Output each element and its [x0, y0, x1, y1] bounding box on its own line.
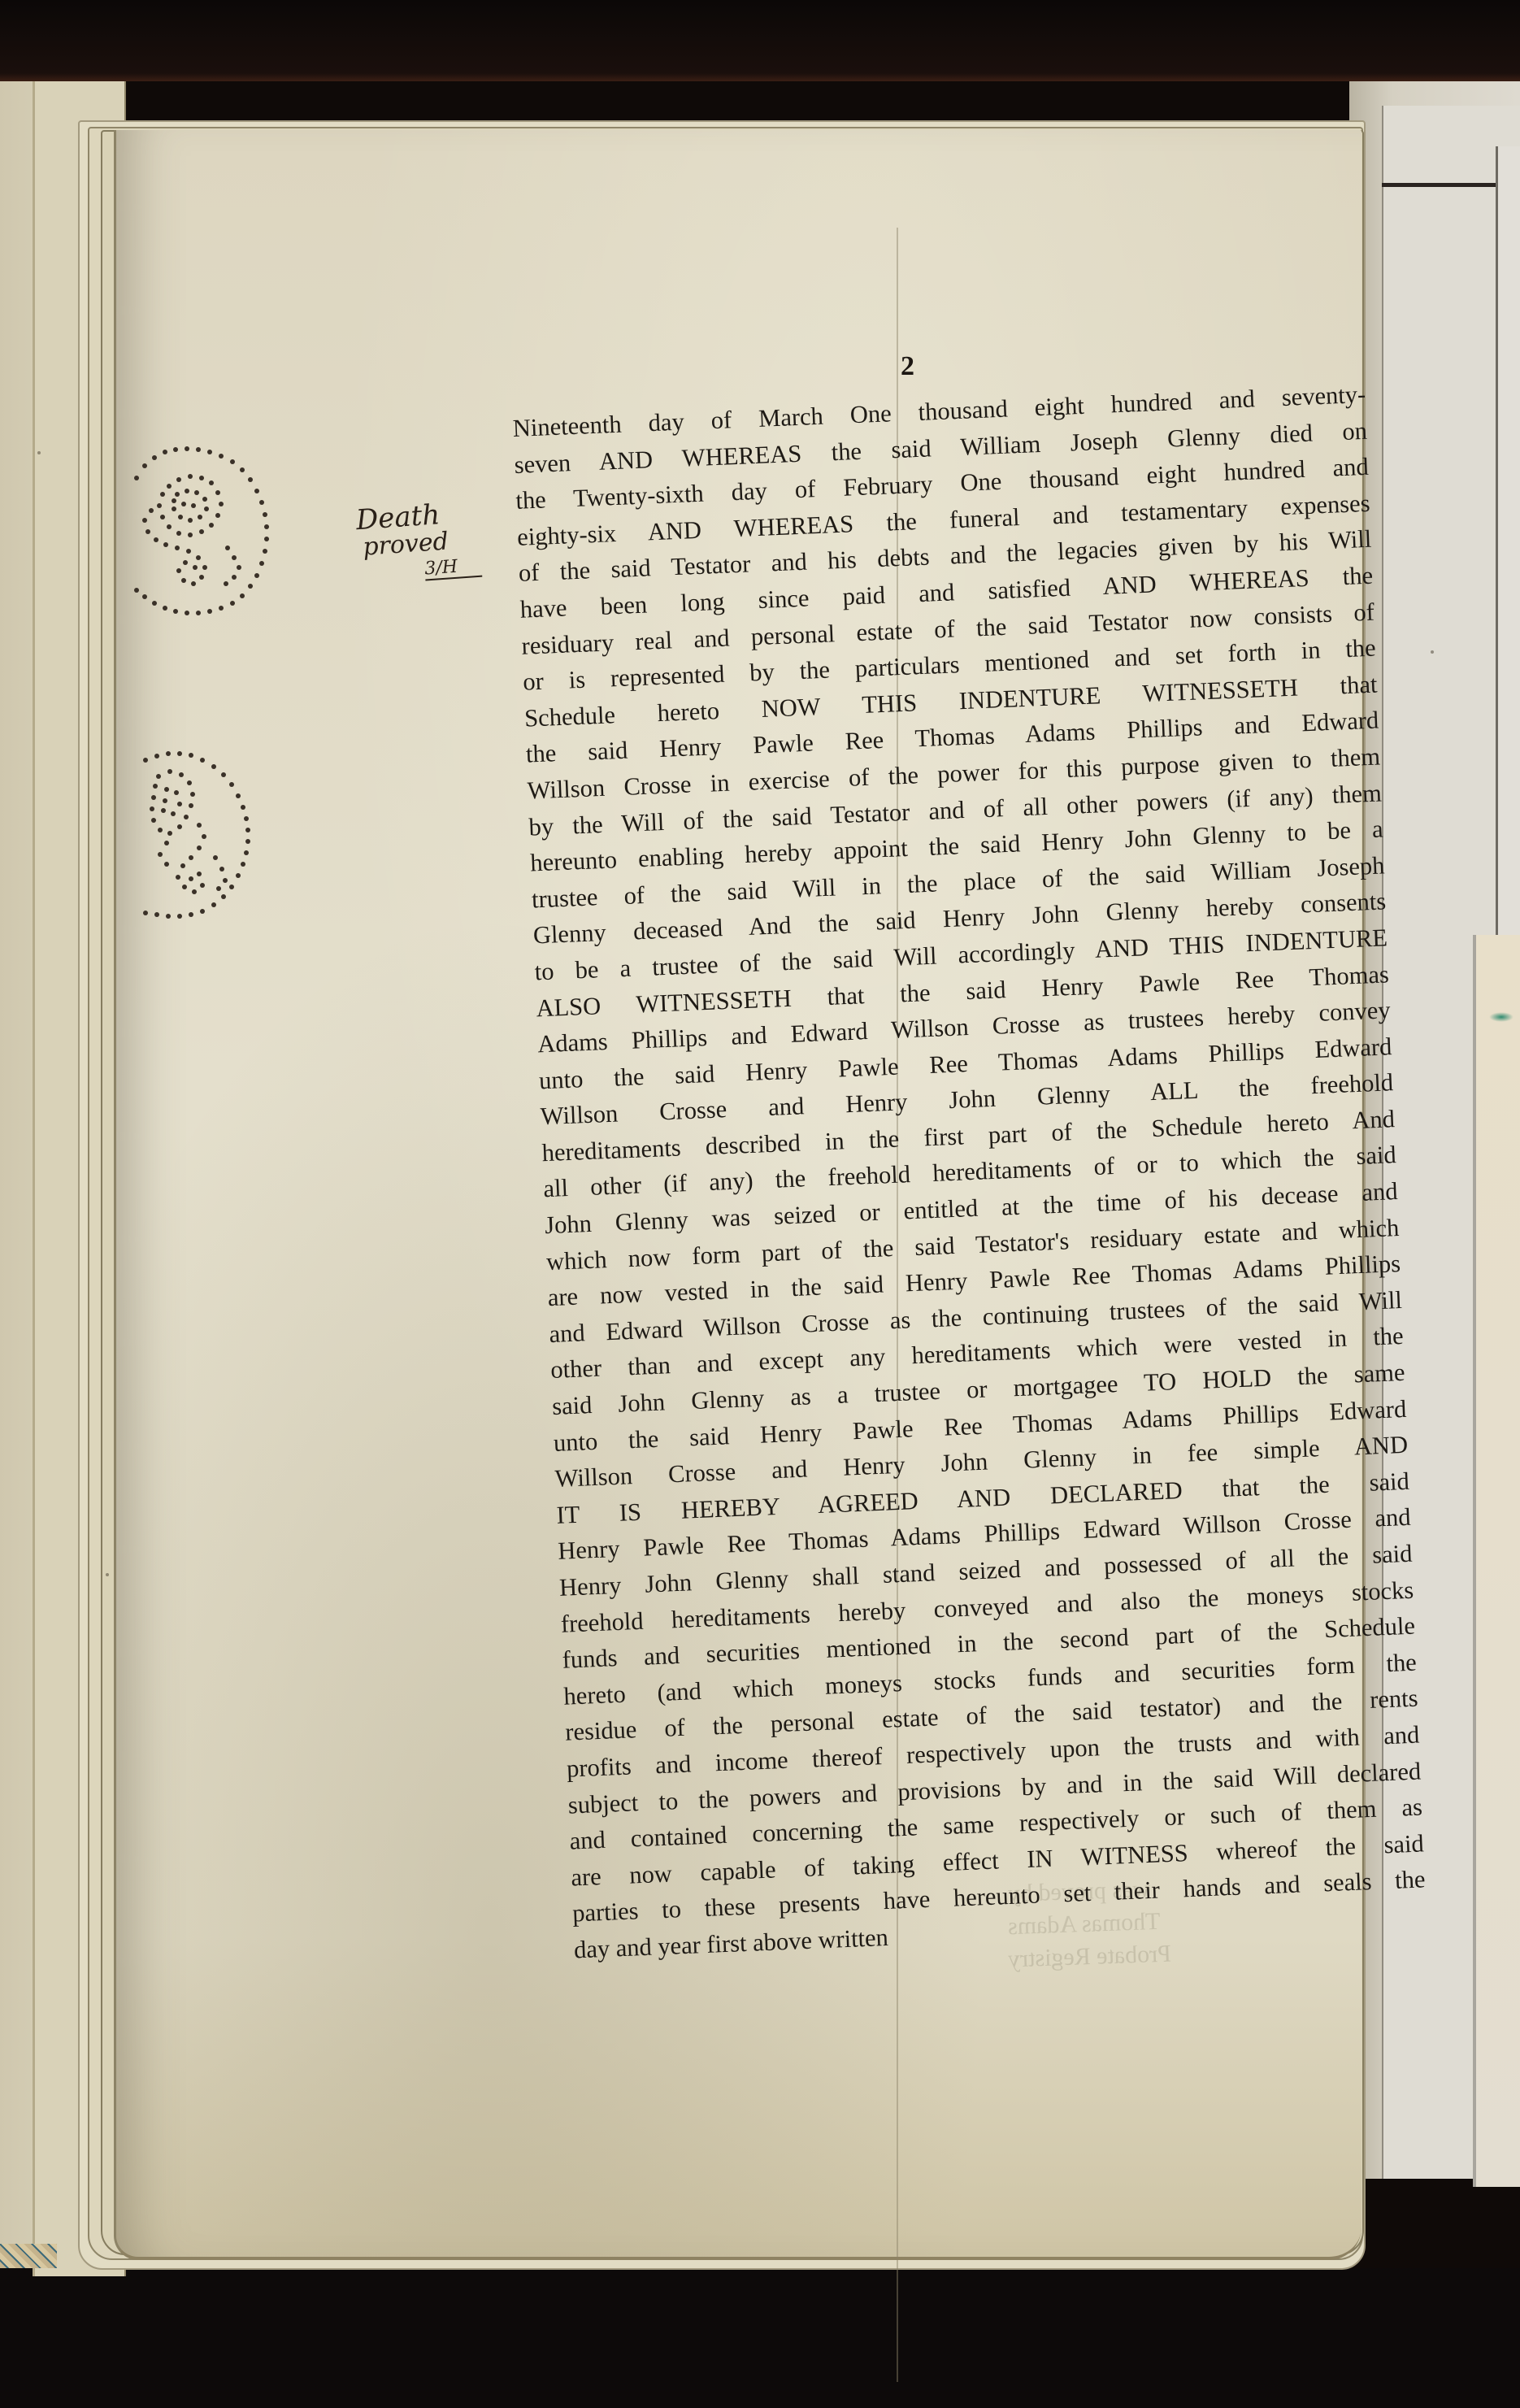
- page-number: 2: [901, 351, 914, 382]
- marbled-endpaper: [0, 2244, 57, 2268]
- dark-background-top: [0, 0, 1520, 81]
- handwritten-margin-note: Death proved 3/H: [355, 496, 483, 585]
- paper-speck: [106, 1573, 109, 1576]
- perforated-stamp-icon: [134, 736, 280, 931]
- paper-speck: [37, 451, 41, 454]
- paper-speck: [1431, 650, 1434, 654]
- indenture-body-text: Nineteenth day of March One thousand eig…: [512, 376, 1427, 1968]
- note-line: 3/H: [424, 555, 483, 581]
- green-ink-mark: [1489, 1012, 1513, 1022]
- perforated-stamp-icon: [120, 429, 291, 624]
- underlying-panel-right-lower: [1473, 935, 1520, 2187]
- dark-background-bottom: [0, 2268, 1520, 2408]
